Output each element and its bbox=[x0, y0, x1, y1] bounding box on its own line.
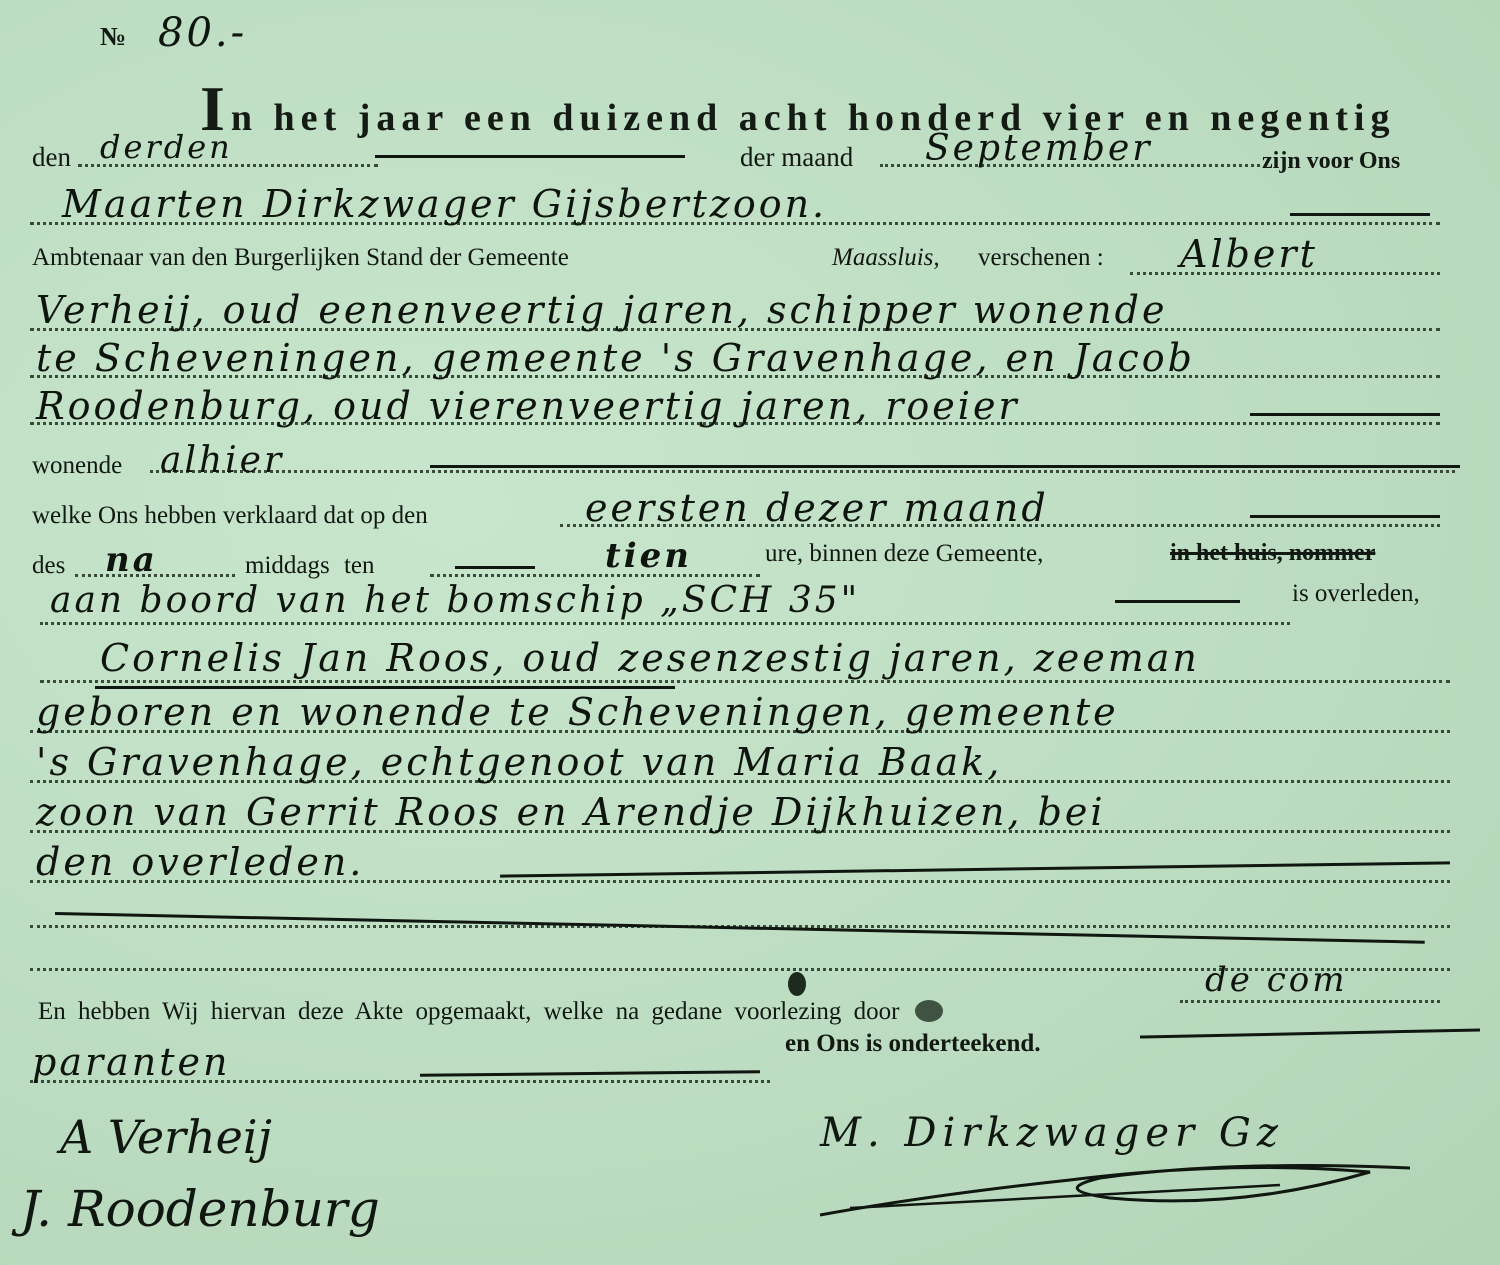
reader-value-cont: paranten bbox=[32, 1040, 231, 1084]
record-number-label: № bbox=[100, 22, 126, 52]
fill-rule bbox=[1115, 600, 1240, 603]
fill-rule bbox=[1250, 515, 1440, 518]
deceased-birthplace: geboren en wonende te Scheveningen, geme… bbox=[36, 690, 1119, 734]
official-name-value: Maarten Dirkzwager Gijsbertzoon. bbox=[62, 182, 827, 226]
witness-residence: te Scheveningen, gemeente 's Gravenhage,… bbox=[36, 336, 1195, 380]
deceased-details: Cornelis Jan Roos, oud zesenzestig jaren… bbox=[100, 636, 1200, 680]
deceased-spouse: 's Gravenhage, echtgenoot van Maria Baak… bbox=[36, 740, 1002, 784]
name-underline bbox=[95, 686, 675, 689]
fill-rule bbox=[1290, 213, 1430, 216]
signature-witness1: A Verheij bbox=[60, 1110, 272, 1164]
day-value: derden bbox=[100, 128, 233, 166]
location-field-line bbox=[40, 622, 1290, 625]
witness2-details: Roodenburg, oud vierenveertig jaren, roe… bbox=[36, 384, 1020, 428]
fill-rule bbox=[500, 861, 1450, 877]
ink-blot bbox=[788, 972, 806, 996]
den-label: den bbox=[32, 142, 71, 173]
zijn-voor-ons-label: zijn voor Ons bbox=[1262, 148, 1400, 175]
fill-rule bbox=[430, 465, 1460, 468]
witness1-details: Verheij, oud eenenveertig jaren, schippe… bbox=[36, 288, 1167, 332]
comparant-field-line bbox=[1180, 1000, 1440, 1003]
onderteekend-label: en Ons is onderteekend. bbox=[785, 1030, 1041, 1058]
is-overleden-label: is overleden, bbox=[1292, 580, 1420, 608]
record-number-value: 80.- bbox=[158, 10, 247, 56]
witness1-first-name: Albert bbox=[1180, 232, 1318, 276]
intro-text: n het jaar een duizend acht honderd vier… bbox=[231, 97, 1396, 139]
struck-text: in het huis, nommer bbox=[1170, 540, 1375, 567]
fill-rule bbox=[455, 566, 535, 569]
wonende-label: wonende bbox=[32, 452, 122, 480]
residence-value: alhier bbox=[160, 440, 284, 481]
signature-flourish bbox=[810, 1150, 1430, 1230]
ampm-value: na bbox=[105, 540, 158, 580]
ink-blot bbox=[915, 1000, 943, 1022]
signature-witness2: J. Roodenburg bbox=[20, 1180, 380, 1238]
hour-value: tien bbox=[605, 536, 692, 576]
akte-label: En hebben Wij hiervan deze Akte opgemaak… bbox=[38, 998, 899, 1026]
hour-field-line bbox=[430, 574, 760, 577]
fill-rule bbox=[1250, 413, 1440, 416]
death-location-value: aan boord van het bomschip „SCH 35" bbox=[50, 580, 860, 621]
fill-rule bbox=[1140, 1028, 1480, 1038]
verklaard-label: welke Ons hebben verklaard dat op den bbox=[32, 502, 428, 530]
verschenen-label: verschenen : bbox=[978, 244, 1104, 272]
fill-rule bbox=[375, 155, 685, 158]
deceased-parents-cont: den overleden. bbox=[36, 840, 364, 884]
intro-heading: In het jaar een duizend acht honderd vie… bbox=[200, 72, 1395, 146]
ure-binnen-label: ure, binnen deze Gemeente, bbox=[765, 540, 1043, 568]
der-maand-label: der maand bbox=[740, 142, 853, 173]
reader-value: de com bbox=[1205, 960, 1347, 1000]
deceased-parents: zoon van Gerrit Roos en Arendje Dijkhuiz… bbox=[36, 790, 1106, 834]
municipality-name: Maassluis, bbox=[832, 244, 940, 272]
text-line bbox=[40, 680, 1450, 683]
residence-field-line bbox=[150, 470, 1455, 473]
des-label: des bbox=[32, 552, 65, 580]
death-date-value: eersten dezer maand bbox=[585, 486, 1049, 530]
middags-ten-label: middags ten bbox=[245, 552, 375, 580]
fill-rule bbox=[420, 1070, 760, 1077]
ambtenaar-label: Ambtenaar van den Burgerlijken Stand der… bbox=[32, 244, 569, 272]
month-value: September bbox=[925, 128, 1152, 169]
